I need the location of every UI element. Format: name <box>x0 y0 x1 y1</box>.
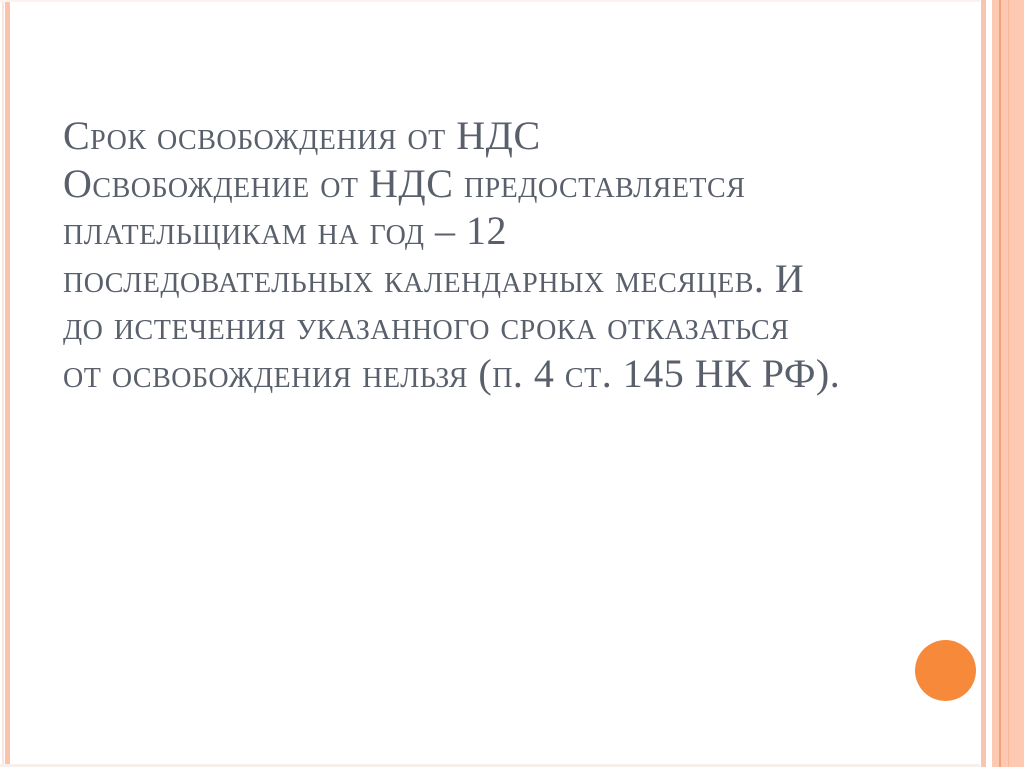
body-line: плательщикам на год – 12 <box>63 207 963 255</box>
top-border <box>0 0 980 2</box>
body-line: до истечения указанного срока отказаться <box>63 302 963 350</box>
accent-circle-icon <box>915 640 976 701</box>
right-border-line-light <box>1008 0 1009 767</box>
right-border-stripe-thin <box>981 0 986 767</box>
left-border-stripe-thin <box>2 0 4 767</box>
body-line: Освобождение от НДС предоставляется <box>63 160 963 208</box>
slide-content: Срок освобождения от НДС Освобождение от… <box>63 112 963 398</box>
right-border-line <box>999 0 1001 767</box>
body-line: от освобождения нельзя (п. 4 ст. 145 НК … <box>63 350 963 398</box>
slide-title: Срок освобождения от НДС <box>63 112 963 160</box>
left-border-stripe <box>5 0 10 767</box>
body-line: последовательных календарных месяцев. И <box>63 255 963 303</box>
